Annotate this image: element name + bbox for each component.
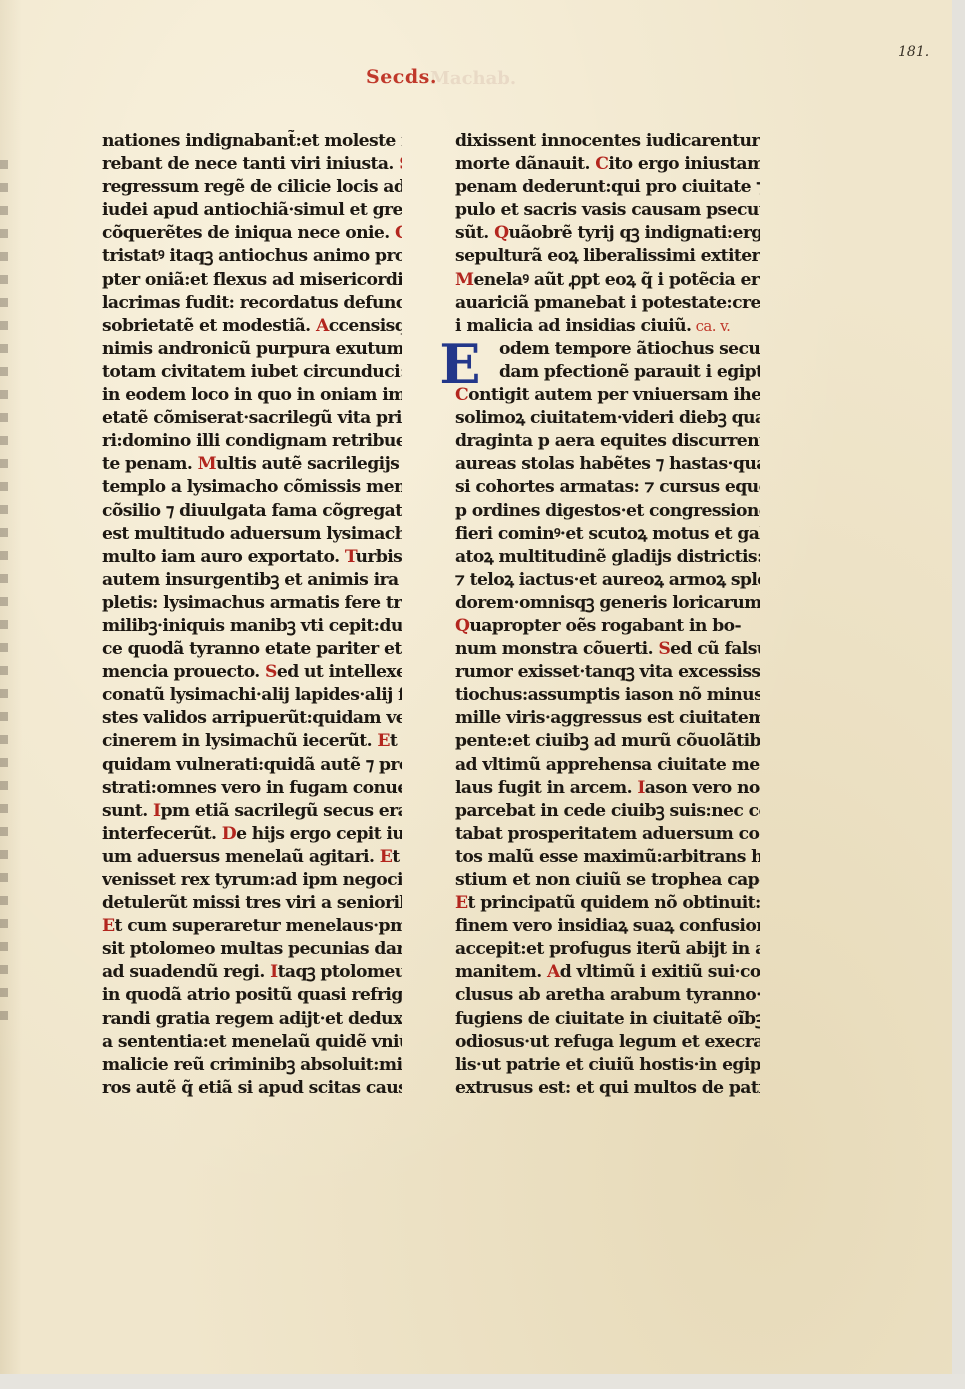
text-line: tos malũ esse maximũ:arbitrans ho- [455,846,760,869]
text-line: in eodem loco in quo in oniam impi- [102,384,402,407]
text-line: draginta p aera equites discurrentes [455,430,760,453]
text-line: penam dederunt:qui pro ciuitate ⁊ po- [455,176,760,199]
text-line: te penam. Multis autẽ sacrilegijs in [102,453,402,476]
text-line: ce quodã tyranno etate pariter et de- [102,638,402,661]
rubricated-capital: C [455,385,468,405]
text-line: extrusus est: et qui multos de patria [455,1077,760,1100]
text-line: Contigit autem per vniuersam ihero- [455,384,760,407]
text-line: um aduersus menelaũ agitari. Et cũ [102,846,402,869]
rubricated-capital: M [455,270,473,290]
text-line: sit ptolomeo multas pecunias dare [102,938,402,961]
text-line: cinerem in lysimachũ iecerũt. Et multi [102,730,402,753]
text-line: dorem·omnisqꝫ generis loricarum. [455,592,760,615]
text-line: atoꝝ multitudinẽ gladijs districtis: [455,546,760,569]
text-line: randi gratia regem adijt·et deduxit [102,1008,402,1031]
rubricated-capital: E [455,893,468,913]
text-line: manitem. Ad vltimũ i exitiũ sui·con- [455,961,760,984]
facing-page-bleed [0,160,8,1030]
text-line: sepulturã eoꝝ liberalissimi extiterunt. [455,245,760,268]
rubricated-capital: E [377,731,390,751]
text-line: pletis: lysimachus armatis fere tribꝫ [102,592,402,615]
text-line: morte dãnauit. Cito ergo iniustam [455,153,760,176]
rubricated-capital: M [198,454,216,474]
text-line: accepit:et profugus iterũ abijt in am- [455,938,760,961]
rubricated-capital: I [153,801,160,821]
right-text-column: dixissent innocentes iudicarentur·hosmor… [455,130,760,1100]
text-line: milibꝫ·iniquis manibꝫ vti cepit:du- [102,615,402,638]
text-line: fieri cominꝰ·et scutoꝝ motus et gale- [455,523,760,546]
text-line: totam civitatem iubet circunduci: et [102,361,402,384]
text-line: laus fugit in arcem. Iason vero non [455,777,760,800]
running-head: Secds. [366,66,437,88]
text-line: ad suadendũ regi. Itaqꝫ ptolomeus [102,961,402,984]
text-line: solimoꝝ ciuitatem·videri diebꝫ qua- [455,407,760,430]
text-line: ri:domino illi condignam retribuen- [102,430,402,453]
text-line: in quodã atrio positũ quasi refrige- [102,984,402,1007]
text-line: interfecerũt. De hijs ergo cepit iudici- [102,823,402,846]
text-line: sobrietatẽ et modestiã. Accensisqꝫ a- [102,315,402,338]
text-line: auariciã pmanebat i potestate:cresces [455,292,760,315]
text-line: cõsilio ⁊ diuulgata fama cõgregata [102,500,402,523]
text-line: mencia prouecto. Sed ut intellexerunt [102,661,402,684]
chapter-mark: ca. v. [691,317,730,335]
rubricated-capital: C [395,223,402,243]
rubricated-capital: E [102,916,115,936]
text-line: dam pfectionẽ parauit i egiptũ. [455,361,760,384]
text-line: Quapropter oẽs rogabant in bo- [455,615,760,638]
text-line: strati:omnes vero in fugam conuersi [102,777,402,800]
text-line: finem vero insidiaꝝ suaꝝ confusionẽ [455,915,760,938]
scan-margin-bottom [0,1374,965,1389]
text-line: ad vltimũ apprehensa ciuitate mene- [455,754,760,777]
text-line: dixissent innocentes iudicarentur·hos [455,130,760,153]
manuscript-page: Machab. Secds. 181. nationes indignabant… [0,0,952,1374]
text-line: num monstra cõuerti. Sed cũ falsus [455,638,760,661]
text-line: est multitudo aduersum lysimachum: [102,523,402,546]
text-line: odem tempore ãtiochus secun- [455,338,760,361]
text-line: regressum regẽ de cilicie locis adierũt [102,176,402,199]
left-text-column: nationes indignabant̃:et moleste fe-reba… [102,130,402,1100]
rubricated-capital: S [265,662,277,682]
text-line: ⁊ teloꝝ iactus·et aureoꝝ armoꝝ splen- [455,569,760,592]
text-line: pente:et ciuibꝫ ad murũ cõuolãtibꝰ [455,730,760,753]
text-line: rebant de nece tanti viri iniusta. Sed [102,153,402,176]
text-line: stium et non ciuiũ se trophea capere. [455,869,760,892]
rubricated-capital: I [270,962,277,982]
folio-number: 181. [898,44,929,60]
text-line: venisset rex tyrum:ad ipm negocium [102,869,402,892]
rubricated-capital: I [637,778,644,798]
text-line: multo iam auro exportato. Turbis [102,546,402,569]
rubricated-capital: T [345,547,356,567]
text-line: etatẽ cõmiserat·sacrilegũ vita priua- [102,407,402,430]
rubricated-capital: S [658,639,670,659]
rubricated-capital: S [399,154,402,174]
running-head-showthrough: Machab. [430,68,516,89]
text-line: tiochus:assumptis iason nõ minus [455,684,760,707]
rubricated-capital: A [316,316,329,336]
text-line: stes validos arripuerũt:quidam vero [102,707,402,730]
text-line: rumor exisset·tanqꝫ vita excessisset an- [455,661,760,684]
text-line: odiosus·ut refuga legum et execrabi- [455,1031,760,1054]
rubricated-capital: E [380,847,393,867]
text-line: p ordines digestos·et congressiones [455,500,760,523]
text-line: cõquerẽtes de iniqua nece onie. Con- [102,222,402,245]
text-line: nimis andronicũ purpura exutum p [102,338,402,361]
text-line: si cohortes armatas: ⁊ cursus equoꝝ [455,476,760,499]
text-line: templo a lysimacho cõmissis menelai [102,476,402,499]
text-line: aureas stolas habẽtes ⁊ hastas·qua- [455,453,760,476]
text-line: sunt. Ipm etiã sacrilegũ secus erarũ [102,800,402,823]
text-line: parcebat in cede ciuibꝫ suis:nec cogi- [455,800,760,823]
text-line: nationes indignabant̃:et moleste fe- [102,130,402,153]
text-line: malicie reũ criminibꝫ absoluit:mise- [102,1054,402,1077]
text-line: Et principatũ quidem nõ obtinuit: [455,892,760,915]
rubricated-capital: Q [455,616,469,636]
text-line: ros autẽ q̃ etiã si apud scitas causã [102,1077,402,1100]
text-line: Menelaꝰ aũt ꝓpt eoꝝ q̃ i potẽcia erãt [455,269,760,292]
text-line: Et cum superaretur menelaus·pmi- [102,915,402,938]
text-line: fugiens de ciuitate in ciuitatẽ oĩbꝫ [455,1008,760,1031]
scan-margin-right [952,0,965,1389]
text-line: clusus ab aretha arabum tyranno· [455,984,760,1007]
text-line: lis·ut patrie et ciuiũ hostis·in egiptũ [455,1054,760,1077]
text-line: sũt. Quãobrẽ tyrij qꝫ indignati:erga [455,222,760,245]
text-line: mille viris·aggressus est ciuitatem re- [455,707,760,730]
text-line: lacrimas fudit: recordatus defuncti [102,292,402,315]
text-line: iudei apud antiochiã·simul et greci: [102,199,402,222]
text-line: tristatꝰ itaqꝫ antiochus animo pro- [102,245,402,268]
rubricated-capital: C [595,154,608,174]
text-line: pulo et sacris vasis causam psecuti [455,199,760,222]
rubricated-capital: Q [494,223,508,243]
rubricated-capital: D [222,824,236,844]
text-line: tabat prosperitatem aduersum cogna- [455,823,760,846]
rubricated-capital: A [547,962,560,982]
text-line: a sententia:et menelaũ quidẽ vniũse [102,1031,402,1054]
text-line: pter oniã:et flexus ad misericordiam [102,269,402,292]
text-line: quidam vulnerati:quidã autẽ ⁊ pro- [102,754,402,777]
text-line: autem insurgentibꝫ et animis ira re- [102,569,402,592]
text-line: i malicia ad insidias ciuiũ. ca. v. [455,315,760,338]
text-line: detulerũt missi tres viri a senioribus. [102,892,402,915]
text-line: conatũ lysimachi·alij lapides·alij fu- [102,684,402,707]
